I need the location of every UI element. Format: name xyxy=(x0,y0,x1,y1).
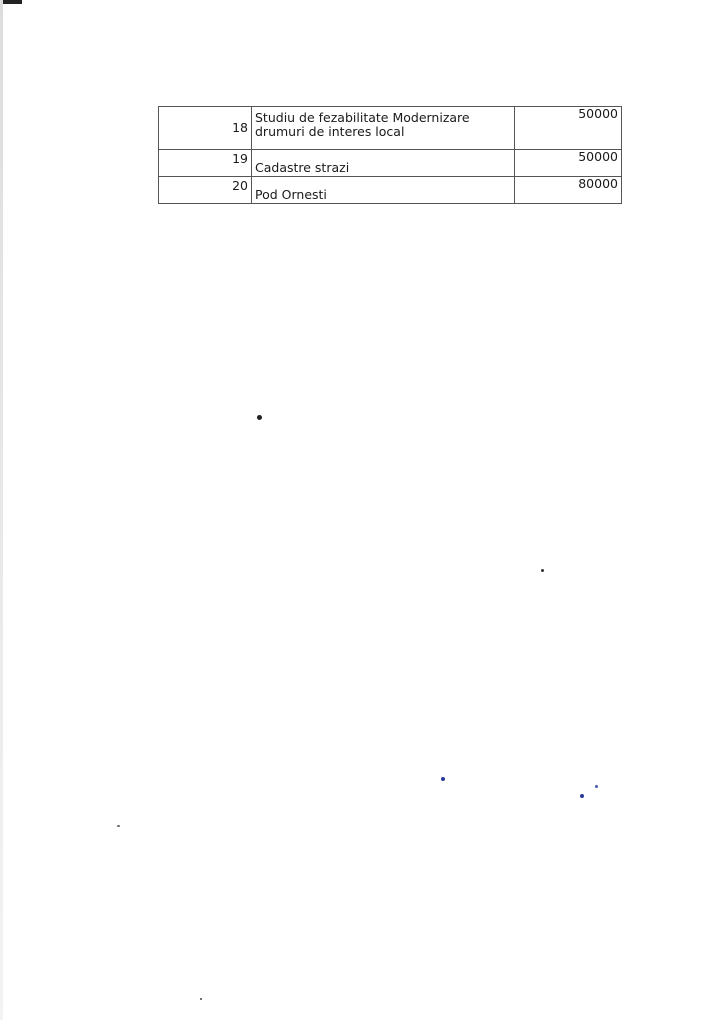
scan-speck xyxy=(541,569,544,572)
scan-speck xyxy=(200,998,202,1000)
scan-speck xyxy=(441,777,445,781)
scan-speck xyxy=(595,785,598,788)
scan-speck xyxy=(580,794,584,798)
budget-table: 18 Studiu de fezabilitate Modernizare dr… xyxy=(158,106,622,204)
scan-speck xyxy=(117,825,120,827)
row-number: 20 xyxy=(159,177,252,204)
row-number: 18 xyxy=(159,107,252,150)
row-amount: 50000 xyxy=(515,107,622,150)
table-row: 19 Cadastre strazi 50000 xyxy=(159,150,622,177)
table-row: 18 Studiu de fezabilitate Modernizare dr… xyxy=(159,107,622,150)
table-row: 20 Pod Ornesti 80000 xyxy=(159,177,622,204)
row-amount: 80000 xyxy=(515,177,622,204)
row-number: 19 xyxy=(159,150,252,177)
row-description: Studiu de fezabilitate Modernizare drumu… xyxy=(252,107,515,150)
row-amount: 50000 xyxy=(515,150,622,177)
row-description: Cadastre strazi xyxy=(252,150,515,177)
scan-corner-mark xyxy=(0,0,22,4)
row-description: Pod Ornesti xyxy=(252,177,515,204)
description-line: Studiu de fezabilitate Modernizare xyxy=(255,111,511,125)
scan-edge-shadow xyxy=(0,0,3,1020)
scan-speck xyxy=(257,415,262,420)
description-line: drumuri de interes local xyxy=(255,125,511,139)
